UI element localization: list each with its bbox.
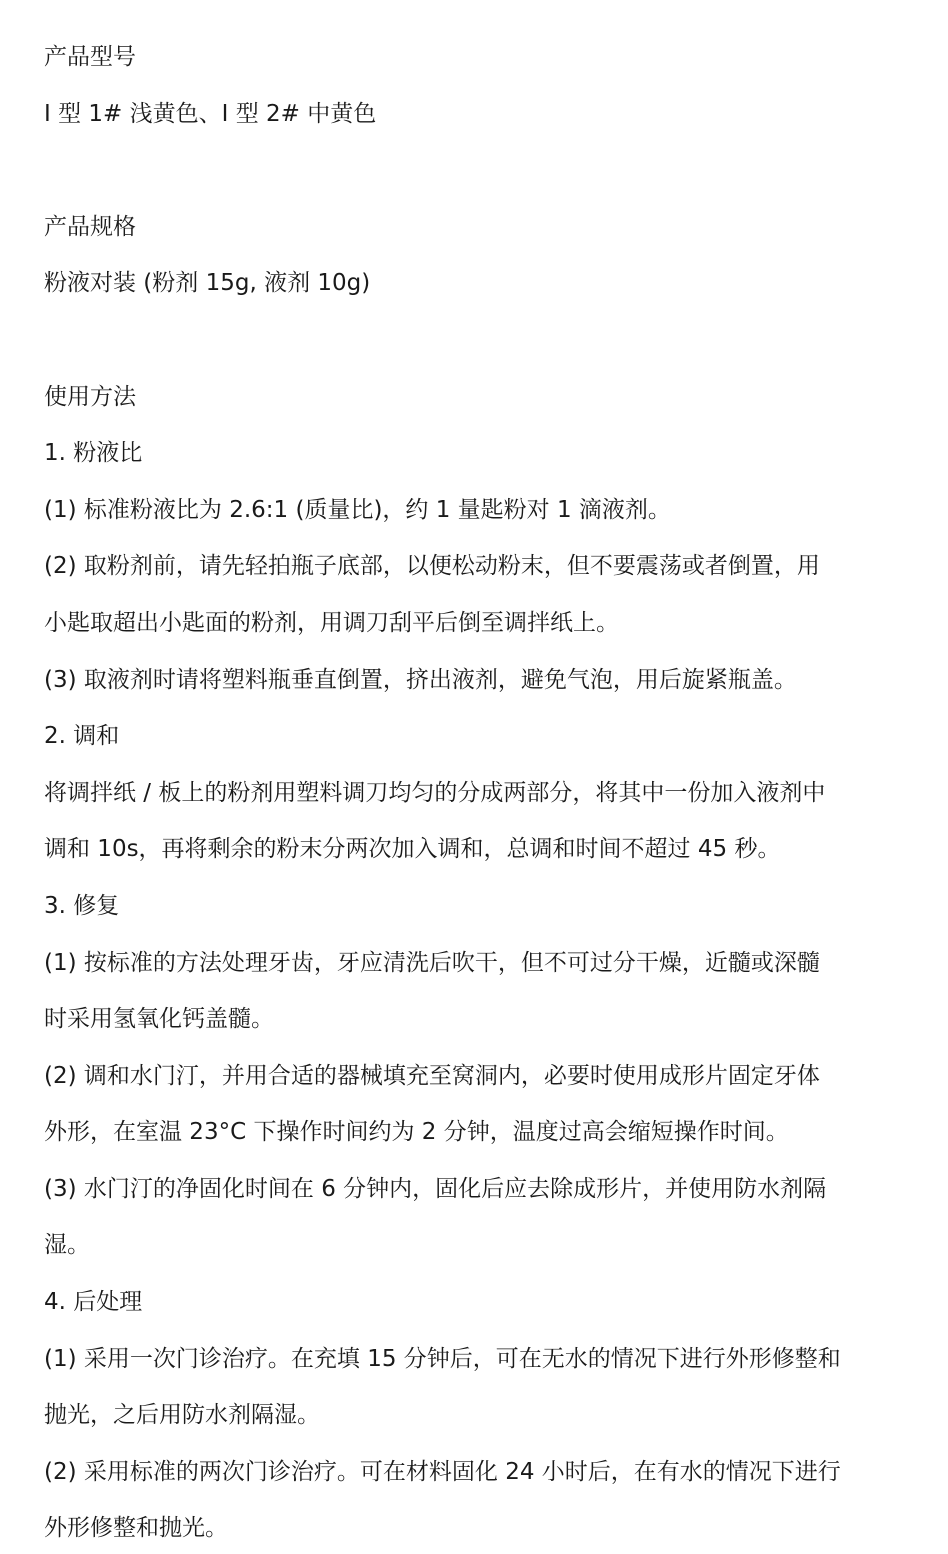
step4-line-4: 外形修整和抛光。 [44,1500,904,1554]
step3-line-6: 湿。 [44,1217,904,1274]
product-instructions-document: 产品型号 Ⅰ 型 1# 浅黄色、Ⅰ 型 2# 中黄色 产品规格 粉液对装 (粉剂… [0,0,948,1554]
spacer [44,312,904,369]
model-heading: 产品型号 [44,29,904,86]
model-value: Ⅰ 型 1# 浅黄色、Ⅰ 型 2# 中黄色 [44,86,904,143]
step3-line-3: (2) 调和水门汀，并用合适的器械填充至窝洞内，必要时使用成形片固定牙体 [44,1048,904,1105]
step1-line-3: 小匙取超出小匙面的粉剂，用调刀刮平后倒至调拌纸上。 [44,595,904,652]
step1-line-4: (3) 取液剂时请将塑料瓶垂直倒置，挤出液剂，避免气泡，用后旋紧瓶盖。 [44,652,904,709]
step4-line-2: 抛光，之后用防水剂隔湿。 [44,1387,904,1444]
step3-line-4: 外形，在室温 23°C 下操作时间约为 2 分钟，温度过高会缩短操作时间。 [44,1104,904,1161]
step3-title: 3. 修复 [44,878,904,935]
spacer [44,142,904,199]
step3-line-1: (1) 按标准的方法处理牙齿，牙应清洗后吹干，但不可过分干燥，近髓或深髓 [44,935,904,992]
step2-line-1: 将调拌纸 / 板上的粉剂用塑料调刀均匀的分成两部分，将其中一份加入液剂中 [44,765,904,822]
step3-line-5: (3) 水门汀的净固化时间在 6 分钟内，固化后应去除成形片，并使用防水剂隔 [44,1161,904,1218]
step1-line-2: (2) 取粉剂前，请先轻拍瓶子底部，以便松动粉末，但不要震荡或者倒置，用 [44,538,904,595]
step4-title: 4. 后处理 [44,1274,904,1331]
spec-heading: 产品规格 [44,199,904,256]
usage-heading: 使用方法 [44,369,904,426]
step2-line-2: 调和 10s，再将剩余的粉末分两次加入调和，总调和时间不超过 45 秒。 [44,821,904,878]
step1-title: 1. 粉液比 [44,425,904,482]
step1-line-1: (1) 标准粉液比为 2.6:1 (质量比)，约 1 量匙粉对 1 滴液剂。 [44,482,904,539]
step2-title: 2. 调和 [44,708,904,765]
spec-value: 粉液对装 (粉剂 15g, 液剂 10g) [44,255,904,312]
step4-line-3: (2) 采用标准的两次门诊治疗。可在材料固化 24 小时后，在有水的情况下进行 [44,1444,904,1501]
step3-line-2: 时采用氢氧化钙盖髓。 [44,991,904,1048]
step4-line-1: (1) 采用一次门诊治疗。在充填 15 分钟后，可在无水的情况下进行外形修整和 [44,1331,904,1388]
